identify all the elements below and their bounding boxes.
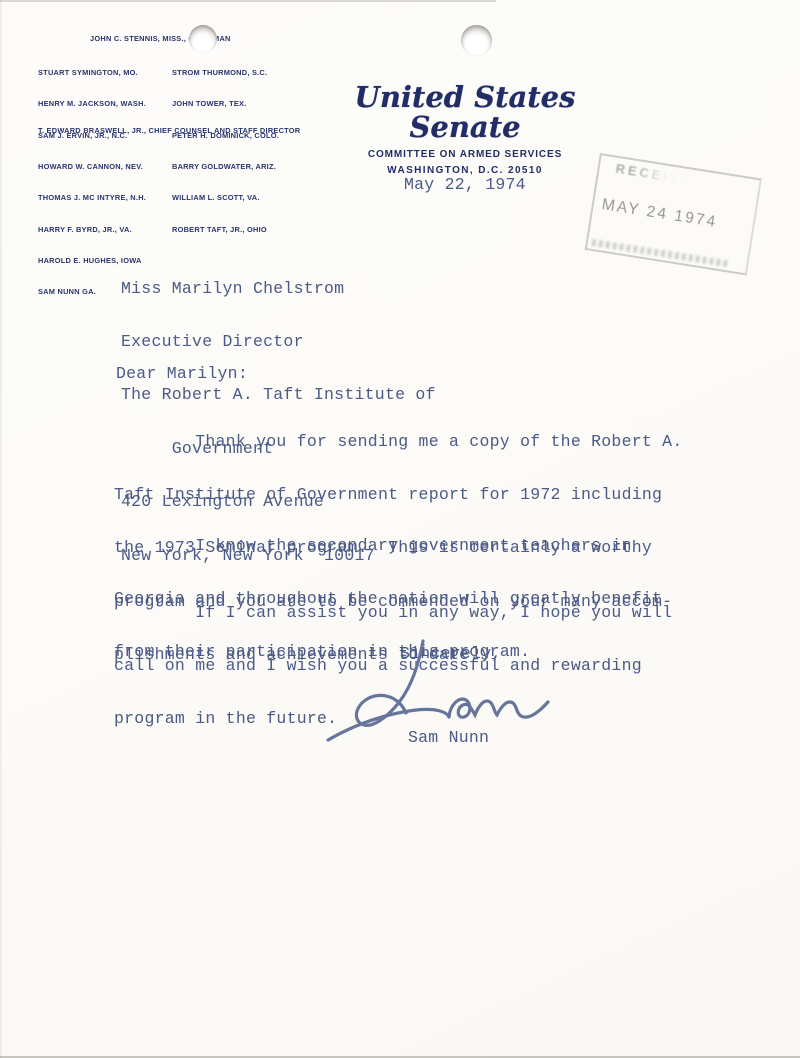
- senate-masthead: United States Senate COMMITTEE ON ARMED …: [312, 82, 618, 176]
- member-line: ROBERT TAFT, JR., OHIO: [172, 225, 279, 235]
- member-line: HOWARD W. CANNON, NEV.: [38, 162, 146, 172]
- scan-edge-top: [0, 0, 496, 2]
- member-line: BARRY GOLDWATER, ARIZ.: [172, 162, 279, 172]
- hole-punch: [461, 25, 492, 56]
- body-line: Thank you for sending me a copy of the R…: [114, 433, 683, 451]
- letter-date: May 22, 1974: [404, 176, 526, 194]
- salutation: Dear Marilyn:: [116, 365, 248, 383]
- committee-name: COMMITTEE ON ARMED SERVICES: [312, 149, 618, 160]
- stamp-illegible-line: [591, 239, 728, 268]
- org-name: United States Senate: [312, 82, 618, 142]
- stamp-received-text: RECEIVED: [615, 161, 707, 190]
- members-right-column: STROM THURMOND, S.C. JOHN TOWER, TEX. PE…: [172, 47, 279, 256]
- member-line: STROM THURMOND, S.C.: [172, 68, 279, 78]
- received-stamp: RECEIVED MAY 24 1974: [585, 153, 762, 275]
- member-line: THOMAS J. MC INTYRE, N.H.: [38, 193, 146, 203]
- body-line: If I can assist you in any way, I hope y…: [114, 604, 672, 622]
- signed-name: Sam Nunn: [408, 729, 489, 747]
- scanned-letter-page: JOHN C. STENNIS, MISS., CHAIRMAN STUART …: [0, 0, 800, 1058]
- staff-director-line: T. EDWARD BRASWELL, JR., CHIEF COUNSEL A…: [38, 126, 300, 136]
- member-line: WILLIAM L. SCOTT, VA.: [172, 193, 279, 203]
- member-line: STUART SYMINGTON, MO.: [38, 68, 146, 78]
- body-line: I know the secondary government teachers…: [114, 537, 662, 555]
- hole-punch: [189, 25, 217, 53]
- address-line: Miss Marilyn Chelstrom: [121, 280, 436, 298]
- member-line: HENRY M. JACKSON, WASH.: [38, 99, 146, 109]
- address-line: Executive Director: [121, 333, 436, 351]
- stamp-date: MAY 24 1974: [600, 196, 718, 232]
- scan-edge-left: [0, 0, 2, 1058]
- member-line: HARRY F. BYRD, JR., VA.: [38, 225, 146, 235]
- member-line: JOHN TOWER, TEX.: [172, 99, 279, 109]
